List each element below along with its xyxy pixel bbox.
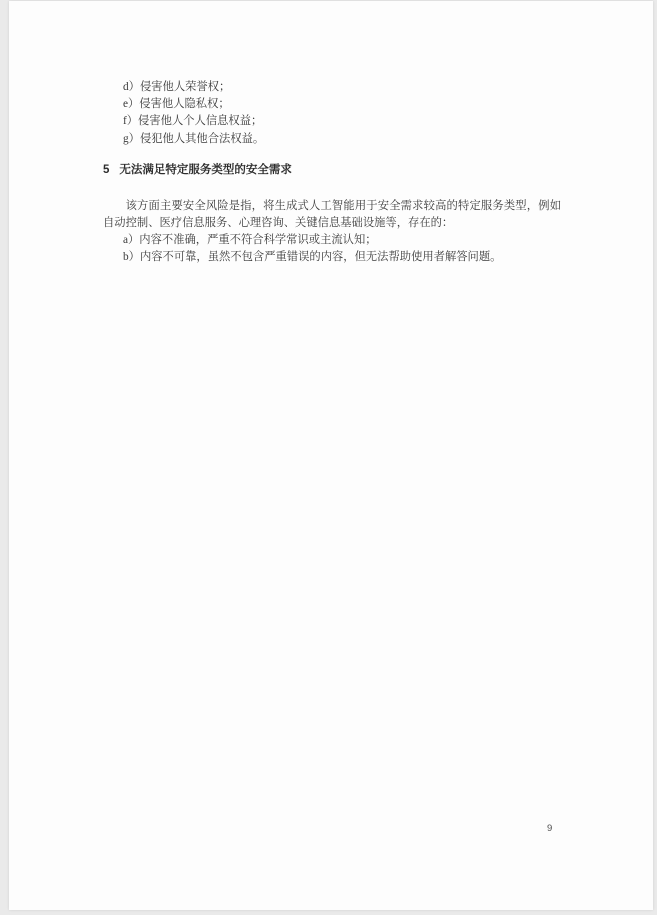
clause-item: b）内容不可靠，虽然不包含严重错误的内容，但无法帮助使用者解答问题。 <box>123 249 501 266</box>
clause-item: e）侵害他人隐私权； <box>123 96 264 113</box>
page-number: 9 <box>547 823 552 835</box>
document-page: d）侵害他人荣誉权； e）侵害他人隐私权； f）侵害他人个人信息权益； g）侵犯… <box>9 1 653 910</box>
clause-item: a）内容不准确，严重不符合科学常识或主流认知； <box>123 232 501 249</box>
clause-item: f）侵害他人个人信息权益； <box>123 113 264 130</box>
section-heading: 5无法满足特定服务类型的安全需求 <box>103 162 292 179</box>
clause-item: d）侵害他人荣誉权； <box>123 79 264 96</box>
clause-list-top: d）侵害他人荣誉权； e）侵害他人隐私权； f）侵害他人个人信息权益； g）侵犯… <box>123 79 264 148</box>
clause-item: g）侵犯他人其他合法权益。 <box>123 131 264 148</box>
pdf-viewer-background: { "doc": { "clauses_top": [ "d）侵害他人荣誉权；"… <box>0 0 657 915</box>
clause-list-bottom: a）内容不准确，严重不符合科学常识或主流认知； b）内容不可靠，虽然不包含严重错… <box>123 232 501 266</box>
section-title: 无法满足特定服务类型的安全需求 <box>119 164 292 176</box>
body-paragraph: 该方面主要安全风险是指，将生成式人工智能用于安全需求较高的特定服务类型，例如自动… <box>103 198 561 232</box>
section-number: 5 <box>103 162 109 179</box>
